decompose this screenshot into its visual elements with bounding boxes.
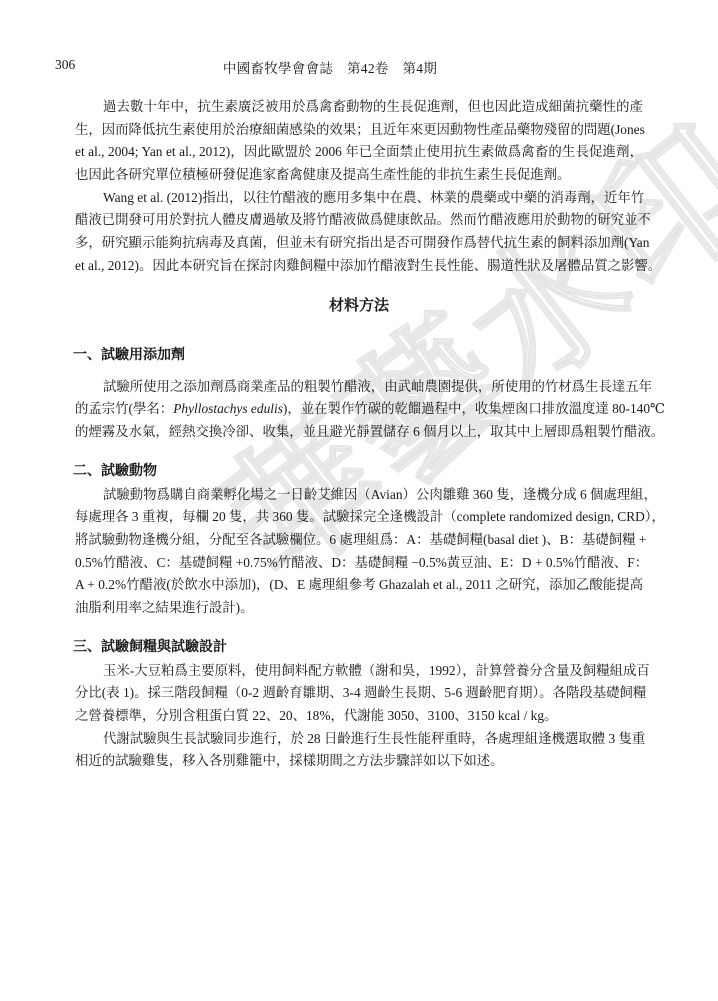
text-line: 分比(表 1)。採三階段飼糧（0-2 週齡育雛期、3-4 週齡生長期、5-6 週… — [75, 682, 643, 705]
text-line: 每處理各 3 重複，每欄 20 隻，共 360 隻。試驗採完全逢機設計（comp… — [75, 506, 643, 529]
text-line: et al., 2004; Yan et al., 2012)，因此歐盟於 20… — [75, 141, 643, 164]
text-line: 的孟宗竹(學名：Phyllostachys edulis)，並在製作竹碳的乾餾過… — [75, 398, 643, 421]
diet-paragraph-2: 代謝試驗與生長試驗同步進行，於 28 日齡進行生長性能秤重時，各處理組逢機選取體… — [75, 728, 643, 773]
text-span: 的孟宗竹(學名： — [75, 401, 173, 416]
text-line: A + 0.2%竹醋液(於飲水中添加)，(D、E 處理組參考 Ghazalah … — [75, 574, 643, 597]
text-line: Wang et al. (2012)指出，以往竹醋液的應用多集中在農、林業的農藥… — [75, 187, 643, 210]
text-line: 代謝試驗與生長試驗同步進行，於 28 日齡進行生長性能秤重時，各處理組逢機選取體… — [75, 728, 643, 751]
text-line: 將試驗動物逢機分組，分配至各試驗欄位。6 處理組爲：A：基礎飼糧(basal d… — [75, 529, 643, 552]
text-line: 相近的試驗雞隻，移入各別雞籠中，採樣期間之方法步驟詳如以下如述。 — [75, 750, 643, 773]
text-line: 試驗動物爲購自商業孵化場之一日齡艾維因（Avian）公肉雛雞 360 隻，逢機分… — [75, 484, 643, 507]
intro-paragraph-2: Wang et al. (2012)指出，以往竹醋液的應用多集中在農、林業的農藥… — [75, 187, 643, 278]
running-header: 306 中國畜牧學會會誌 第42卷 第4期 — [0, 57, 718, 77]
text-line: et al., 2012)。因此本研究旨在探討肉雞飼糧中添加竹醋液對生長性能、腸… — [75, 255, 643, 278]
text-line: 過去數十年中，抗生素廣泛被用於爲禽畜動物的生長促進劑，但也因此造成細菌抗藥性的產 — [75, 96, 643, 119]
text-span: )，並在製作竹碳的乾餾過程中，收集煙囪口排放溫度達 80-140℃ — [283, 401, 665, 416]
text-line: 多，研究顯示能夠抗病毒及真菌，但並未有研究指出是否可開發作爲替代抗生素的飼料添加… — [75, 232, 643, 255]
journal-title: 中國畜牧學會會誌 第42卷 第4期 — [180, 57, 480, 77]
text-line: 也因此各研究單位積極研發促進家畜禽健康及提高生產性能的非抗生素生長促進劑。 — [75, 164, 643, 187]
text-line: 油脂利用率之結果進行設計)。 — [75, 597, 643, 620]
page-number: 306 — [55, 57, 75, 73]
text-line: 醋液已開發可用於對抗人體皮膚過敏及將竹醋液做爲健康飲品。然而竹醋液應用於動物的研… — [75, 209, 643, 232]
subsection-heading-animals: 二、試驗動物 — [73, 458, 643, 484]
subsection-heading-diet-design: 三、試驗飼糧與試驗設計 — [73, 634, 643, 660]
text-line: 玉米-大豆粕爲主要原料，使用飼料配方軟體（謝和吳，1992），計算營養分含量及飼… — [75, 660, 643, 683]
text-line: 0.5%竹醋液、C：基礎飼糧 +0.75%竹醋液、D：基礎飼糧 −0.5%黃豆油… — [75, 552, 643, 575]
section-title: 材料方法 — [75, 290, 643, 320]
intro-paragraph-1: 過去數十年中，抗生素廣泛被用於爲禽畜動物的生長促進劑，但也因此造成細菌抗藥性的產… — [75, 96, 643, 187]
species-name: Phyllostachys edulis — [173, 401, 283, 416]
text-line: 之營養標準，分別含粗蛋白質 22、20、18%，代謝能 3050、3100、31… — [75, 705, 643, 728]
document-page: 306 中國畜牧學會會誌 第42卷 第4期 華藝水印 過去數十年中，抗生素廣泛被… — [0, 0, 718, 1001]
animals-paragraph: 試驗動物爲購自商業孵化場之一日齡艾維因（Avian）公肉雛雞 360 隻，逢機分… — [75, 484, 643, 620]
additive-paragraph: 試驗所使用之添加劑爲商業產品的粗製竹醋液，由武岫農園提供，所使用的竹材爲生長達五… — [75, 376, 643, 444]
article-body: 過去數十年中，抗生素廣泛被用於爲禽畜動物的生長促進劑，但也因此造成細菌抗藥性的產… — [75, 96, 643, 773]
text-line: 試驗所使用之添加劑爲商業產品的粗製竹醋液，由武岫農園提供，所使用的竹材爲生長達五… — [75, 376, 643, 399]
diet-paragraph-1: 玉米-大豆粕爲主要原料，使用飼料配方軟體（謝和吳，1992），計算營養分含量及飼… — [75, 660, 643, 728]
subsection-heading-additive: 一、試驗用添加劑 — [73, 342, 643, 368]
text-line: 生，因而降低抗生素使用於治療細菌感染的效果；且近年來更因動物性產品藥物殘留的問題… — [75, 119, 643, 142]
text-line: 的煙霧及水氣，經熱交換冷卻、收集，並且避光靜置儲存 6 個月以上，取其中上層即爲… — [75, 421, 643, 444]
